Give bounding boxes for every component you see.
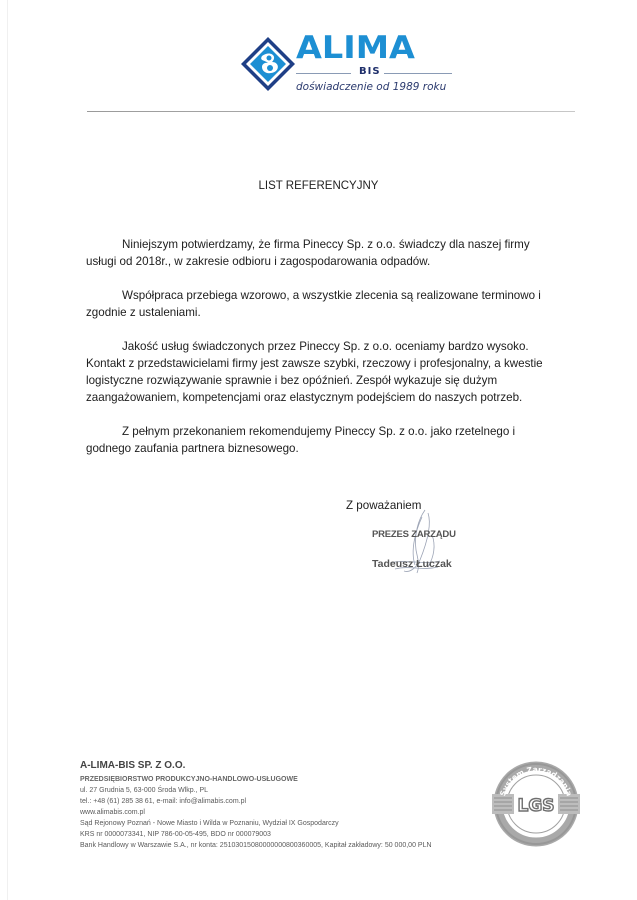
footer-contact: tel.: +48 (61) 285 38 61, e-mail: info@a… xyxy=(80,796,480,807)
paragraph: Niniejszym potwierdzamy, że firma Pinecc… xyxy=(86,236,562,270)
paragraph: Z pełnym przekonaniem rekomendujemy Pine… xyxy=(86,423,562,457)
footer-bank-details: Bank Handlowy w Warszawie S.A., nr konta… xyxy=(80,840,480,851)
logo-tagline: doświadczenie od 1989 roku xyxy=(296,81,446,93)
logo-brand-text: ALIMA xyxy=(296,30,415,66)
footer-company-name: A-LIMA-BIS SP. Z O.O. xyxy=(80,760,480,771)
signer-name: Tadeusz Łuczak xyxy=(372,558,452,570)
footer-website: www.alimabis.com.pl xyxy=(80,807,480,818)
footer-court-registry: Sąd Rejonowy Poznań - Nowe Miasto i Wild… xyxy=(80,818,480,829)
footer-registration-numbers: KRS nr 0000073341, NIP 786-00-05-495, BD… xyxy=(80,829,480,840)
paragraph: Jakość usług świadczonych przez Pineccy … xyxy=(86,338,562,406)
logo-sub-brand-row: BIS xyxy=(296,67,456,79)
letter-body: Niniejszym potwierdzamy, że firma Pinecc… xyxy=(86,236,562,474)
alima-diamond-logo-icon xyxy=(240,36,296,92)
logo-rule-left xyxy=(296,73,351,74)
letter-title: LIST REFERENCYJNY xyxy=(0,180,637,192)
iso-certificate-seal-icon: System Zarządzania ISO 9001 LGS xyxy=(490,758,582,850)
company-logo: ALIMA BIS doświadczenie od 1989 roku xyxy=(236,32,466,104)
logo-rule-right xyxy=(384,73,452,74)
footer-address: ul. 27 Grudnia 5, 63-000 Środa Wlkp., PL xyxy=(80,785,480,796)
paragraph: Współpraca przebiega wzorowo, a wszystki… xyxy=(86,287,562,321)
svg-text:LGS: LGS xyxy=(517,796,554,816)
logo-sub-brand-text: BIS xyxy=(359,66,381,77)
company-footer: A-LIMA-BIS SP. Z O.O. PRZEDSIĘBIORSTWO P… xyxy=(80,760,480,851)
page-edge xyxy=(7,0,8,900)
signer-role: PREZES ZARZĄDU xyxy=(372,529,456,540)
footer-company-type: PRZEDSIĘBIORSTWO PRODUKCYJNO-HANDLOWO-US… xyxy=(80,774,480,785)
header-divider xyxy=(87,111,575,112)
